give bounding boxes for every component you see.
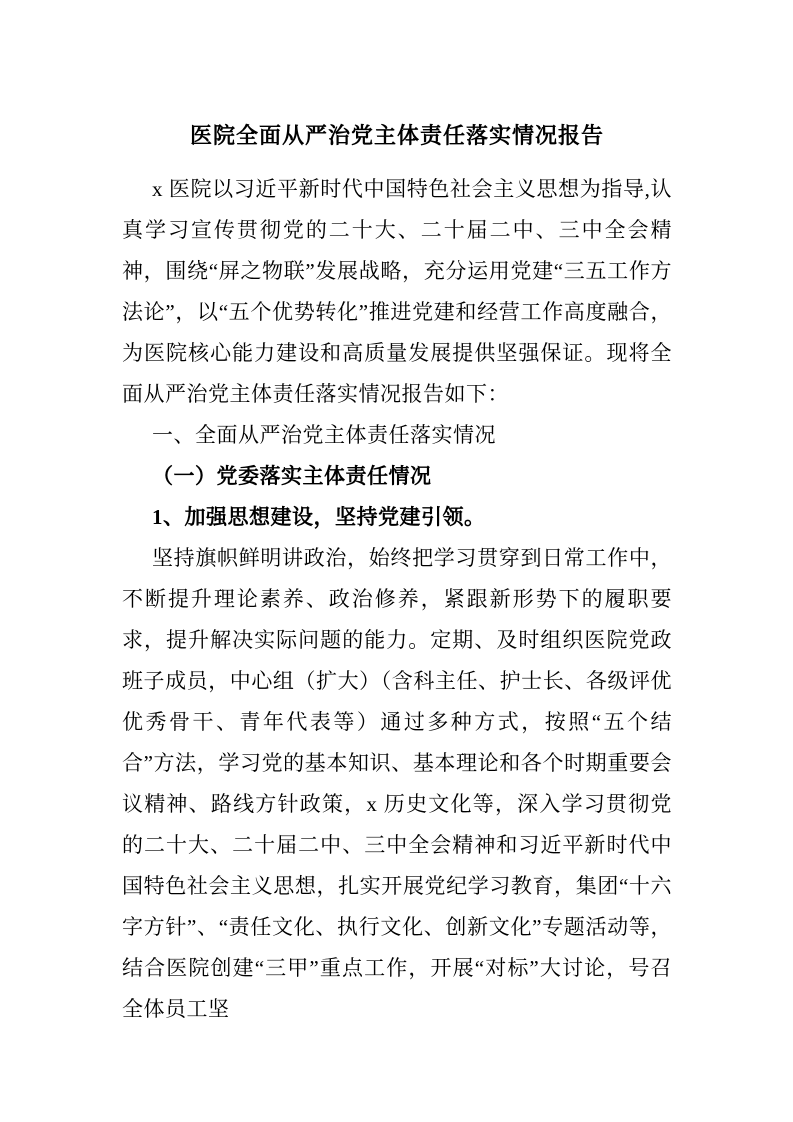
paragraph-intro: x 医院以习近平新时代中国特色社会主义思想为指导,认真学习宣传贯彻党的二十大、二… (122, 169, 672, 415)
point-heading-1: 1、加强思想建设，坚持党建引领。 (122, 497, 672, 538)
subsection-heading-1-1: （一）党委落实主体责任情况 (122, 456, 672, 497)
document-title: 医院全面从严治党主体责任落实情况报告 (122, 115, 672, 157)
section-heading-1: 一、全面从严治党主体责任落实情况 (122, 415, 672, 456)
document-page: 医院全面从严治党主体责任落实情况报告 x 医院以习近平新时代中国特色社会主义思想… (0, 0, 793, 1122)
paragraph-body-1: 坚持旗帜鲜明讲政治，始终把学习贯穿到日常工作中，不断提升理论素养、政治修养，紧跟… (122, 538, 672, 1030)
